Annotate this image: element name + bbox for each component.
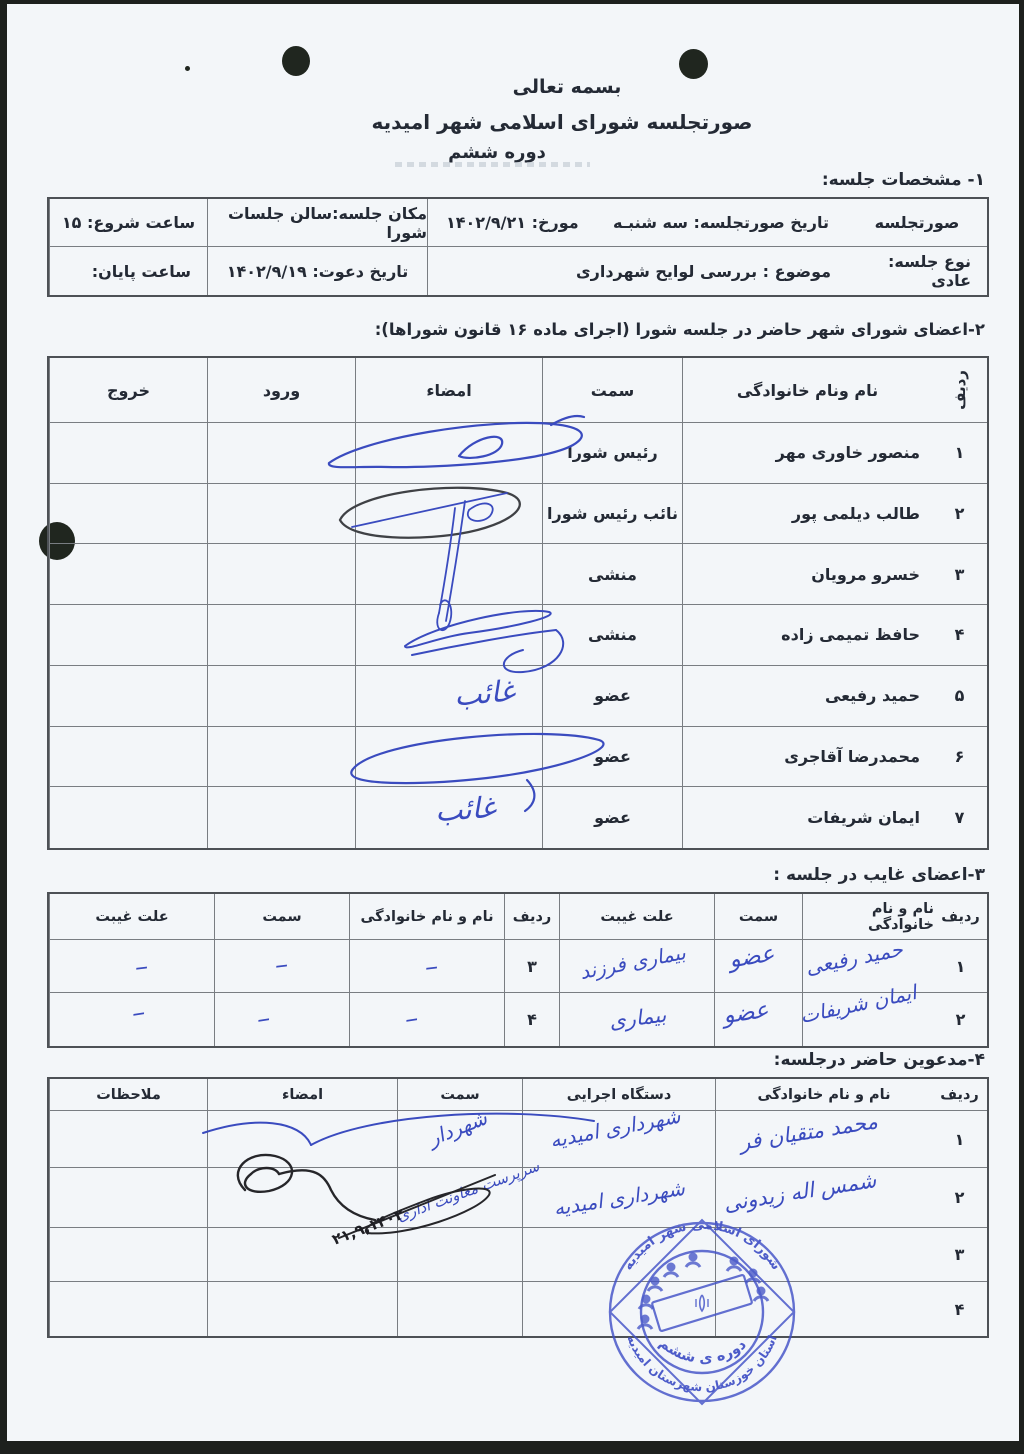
- page-title: صورتجلسه شورای اسلامی شهر امیدیه: [337, 110, 787, 134]
- member-name: حافظ تمیمی زاده: [682, 605, 932, 666]
- member-exit-cell: [49, 727, 207, 788]
- members-table: ردیف نام ونام خانوادگی سمت امضاء ورود خر…: [47, 356, 989, 850]
- member-position: عضو: [542, 666, 682, 727]
- invitee-num: ۴: [932, 1282, 987, 1336]
- meeting-date-value: مورخ: ۱۴۰۲/۹/۲۱: [446, 213, 579, 232]
- document-page: بسمه تعالی صورتجلسه شورای اسلامی شهر امی…: [7, 4, 1019, 1441]
- member-num: ۳: [932, 544, 987, 605]
- member-exit-cell: [49, 605, 207, 666]
- punch-hole: [282, 46, 310, 76]
- section-2-label: ۲-اعضای شورای شهر حاضر در جلسه شورا (اجر…: [375, 320, 985, 339]
- member-entry-cell: [207, 727, 355, 788]
- col-header-name: نام و نام خانوادگی: [802, 894, 934, 940]
- cell-start-time: ساعت شروع: ۱۵: [49, 199, 207, 247]
- ink-dot: [185, 66, 190, 71]
- invitee-notes-cell: [49, 1228, 207, 1282]
- invitee-signature-cell: [207, 1228, 397, 1282]
- member-entry-cell: [207, 605, 355, 666]
- col-header-num: ردیف: [934, 894, 987, 940]
- member-name: محمدرضا آقاجری: [682, 727, 932, 788]
- col-header-entry: ورود: [207, 358, 355, 423]
- absent-name-cell: [349, 993, 504, 1046]
- member-entry-cell: [207, 544, 355, 605]
- term-subtitle: دوره ششم: [387, 142, 607, 163]
- col-header-position: سمت: [397, 1079, 522, 1111]
- member-position: رئیس شورا: [542, 423, 682, 484]
- member-num: ۶: [932, 727, 987, 788]
- member-entry-cell: [207, 484, 355, 545]
- meeting-date-label: تاریخ صورتجلسه: سه شنبـه: [613, 213, 829, 232]
- invitee-num: ۳: [932, 1228, 987, 1282]
- col-header-signature: امضاء: [355, 358, 542, 423]
- scan-smudge: [395, 162, 590, 167]
- member-name: منصور خاوری مهر: [682, 423, 932, 484]
- member-exit-cell: [49, 544, 207, 605]
- absent-reason-cell: [49, 940, 214, 993]
- member-entry-cell: [207, 666, 355, 727]
- member-position: منشی: [542, 605, 682, 666]
- member-signature-cell: [355, 484, 542, 545]
- col-header-name: نام و نام خانوادگی: [715, 1079, 932, 1111]
- member-num: ۵: [932, 666, 987, 727]
- member-position: عضو: [542, 727, 682, 788]
- section-1-label: ۱- مشخصات جلسه:: [822, 170, 985, 190]
- invitee-position-cell: [397, 1228, 522, 1282]
- col-header-name: نام و نام خانوادگی: [349, 894, 504, 940]
- invitee-notes-cell: [49, 1282, 207, 1336]
- member-name: ایمان شریفات: [682, 787, 932, 848]
- col-header-position: سمت: [542, 358, 682, 423]
- invitee-signature-cell: [207, 1282, 397, 1336]
- absent-position-cell: [214, 993, 349, 1046]
- member-num: ۴: [932, 605, 987, 666]
- invitee-signature-cell: [207, 1168, 397, 1228]
- absent-num: ۴: [504, 993, 559, 1046]
- member-signature-cell: [355, 727, 542, 788]
- member-position: عضو: [542, 787, 682, 848]
- member-name: طالب دیلمی پور: [682, 484, 932, 545]
- scanned-meeting-minutes: { "header": { "bismillah": "بسمه تعالی",…: [0, 0, 1024, 1454]
- member-entry-cell: [207, 423, 355, 484]
- member-exit-cell: [49, 484, 207, 545]
- svg-text:شورای اسلامی شهر امیدیه: شورای اسلامی شهر امیدیه: [621, 1218, 784, 1273]
- member-num: ۱: [932, 423, 987, 484]
- invitee-notes-cell: [49, 1111, 207, 1168]
- col-header-position: سمت: [214, 894, 349, 940]
- col-header-notes: ملاحظات: [49, 1079, 207, 1111]
- bismillah: بسمه تعالی: [417, 76, 717, 98]
- col-header-exit: خروج: [49, 358, 207, 423]
- cell-invite-date: تاریخ دعوت: ۱۴۰۲/۹/۱۹: [207, 247, 427, 295]
- member-exit-cell: [49, 423, 207, 484]
- member-signature-cell: [355, 544, 542, 605]
- section-3-label: ۳-اعضای غایب در جلسه :: [773, 865, 985, 885]
- member-name: حمید رفیعی: [682, 666, 932, 727]
- member-num: ۲: [932, 484, 987, 545]
- col-header-agency: دستگاه اجرایی: [522, 1079, 715, 1111]
- handwritten-absent-note: غائب: [434, 790, 497, 828]
- col-header-reason: علت غیبت: [559, 894, 714, 940]
- col-header-num: ردیف: [504, 894, 559, 940]
- absent-num: ۱: [934, 940, 987, 993]
- invitee-num: ۱: [932, 1111, 987, 1168]
- handwritten-absent-note: غائب: [453, 673, 516, 712]
- invitee-num: ۲: [932, 1168, 987, 1228]
- member-signature-cell: [355, 423, 542, 484]
- cell-session-type: نوع جلسه: عادی: [847, 247, 987, 295]
- col-header-reason: علت غیبت: [49, 894, 214, 940]
- member-signature-cell: [355, 605, 542, 666]
- cell-minutes-label: صورتجلسه: [847, 199, 987, 247]
- member-exit-cell: [49, 666, 207, 727]
- punch-hole: [679, 49, 708, 79]
- col-header-position: سمت: [714, 894, 802, 940]
- absent-num: ۳: [504, 940, 559, 993]
- cell-end-time: ساعت پایان:: [49, 247, 207, 295]
- invitee-position-cell: [397, 1282, 522, 1336]
- cell-subject: موضوع : بررسی لوایح شهرداری: [427, 247, 847, 295]
- council-stamp: شورای اسلامی شهر امیدیه استان خوزستان شه…: [605, 1217, 801, 1407]
- meeting-info-table: صورتجلسه تاریخ صورتجلسه: سه شنبـه مورخ: …: [47, 197, 989, 297]
- member-position: منشی: [542, 544, 682, 605]
- col-header-num: ردیف: [932, 358, 987, 423]
- invitee-notes-cell: [49, 1168, 207, 1228]
- stamp-top-text: شورای اسلامی شهر امیدیه: [621, 1218, 784, 1273]
- cell-meeting-date: تاریخ صورتجلسه: سه شنبـه مورخ: ۱۴۰۲/۹/۲۱: [427, 199, 847, 247]
- member-position: نائب رئیس شورا: [542, 484, 682, 545]
- col-header-name: نام ونام خانوادگی: [682, 358, 932, 423]
- member-num: ۷: [932, 787, 987, 848]
- col-header-signature: امضاء: [207, 1079, 397, 1111]
- absent-num: ۲: [934, 993, 987, 1046]
- col-header-num: ردیف: [932, 1079, 987, 1111]
- member-entry-cell: [207, 787, 355, 848]
- member-exit-cell: [49, 787, 207, 848]
- section-4-label: ۴-مدعوین حاضر درجلسه:: [774, 1050, 985, 1070]
- cell-location: مکان جلسه:سالن جلسات شورا: [207, 199, 427, 247]
- member-name: خسرو مرویان: [682, 544, 932, 605]
- invitee-signature-cell: [207, 1111, 397, 1168]
